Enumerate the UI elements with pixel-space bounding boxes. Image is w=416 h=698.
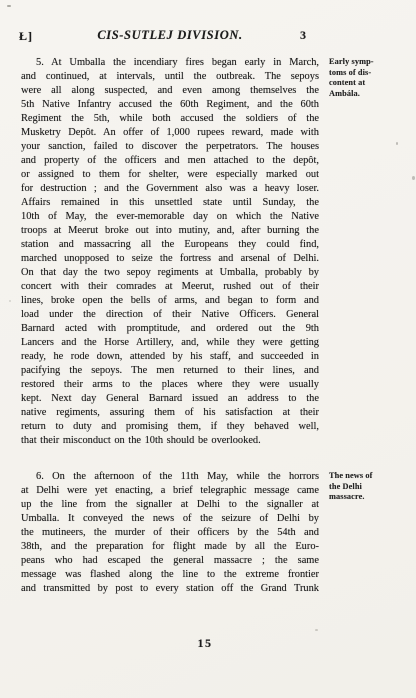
book-page: Ł] CIS-SUTLEJ DIVISION. 3 5. At Umballa … [0,0,416,698]
text-line: 5. At Umballa the incendiary fires began… [21,56,319,70]
margin-note-line: Ambála. [329,89,413,100]
text-line: native regiments, assuring them of his s… [21,406,319,420]
text-line: restored their arms to the places where … [21,378,319,392]
running-title: CIS-SUTLEJ DIVISION. [22,28,318,43]
text-line: peans who had escaped the general massac… [21,554,319,568]
text-line: Affairs remained in this unsettled state… [21,196,319,210]
margin-note-line: content at [329,78,413,89]
text-line: kept. Next day General Barnard issued an… [21,392,319,406]
text-line: or assigned to them for shelter, were es… [21,168,319,182]
text-line: 10th of May, the ever-memorable day on w… [21,210,319,224]
text-line: load under the direction of their Native… [21,308,319,322]
margin-note-line: Early symp- [329,57,413,68]
text-line: 6. On the afternoon of the 11th May, whi… [21,470,319,484]
scan-speck [7,5,11,7]
text-line: your sanction, failed to discover the pe… [21,140,319,154]
margin-note-line: the Delhi [329,482,413,493]
margin-note-line: massacre. [329,492,413,503]
page-header: Ł] CIS-SUTLEJ DIVISION. 3 [0,27,416,45]
margin-note-line: toms of dis- [329,68,413,79]
text-line: ready, he rode down, attended by his sta… [21,350,319,364]
text-line: Lancers and the Horse Artillery, and, wh… [21,336,319,350]
text-line: that their misconduct on the 10th should… [21,434,319,448]
body-text-column: 5. At Umballa the incendiary fires began… [21,56,319,618]
text-line: message was flashed along the line to th… [21,568,319,582]
text-line: 38th, and the preparation for flight mad… [21,540,319,554]
scan-speck [315,629,318,631]
margin-note-2: The news ofthe Delhimassacre. [329,471,413,503]
text-line: Barnard acted with promptitude, and orde… [21,322,319,336]
page-number: 3 [300,28,306,43]
paragraph-5: 5. At Umballa the incendiary fires began… [21,56,319,448]
text-line: lines, broke open the bells of arms, and… [21,294,319,308]
text-line: and transmitted by post to every station… [21,582,319,596]
text-line: pacifying the sepoys. The men returned t… [21,364,319,378]
text-line: return to duty and promising them, if th… [21,420,319,434]
text-line: Regiment the 5th, while both accused the… [21,112,319,126]
text-line: troops at Meerut broke out into mutiny, … [21,224,319,238]
text-line: Umballa. It conveyed the news of the sei… [21,512,319,526]
scan-speck [9,300,11,302]
text-line: marched unopposed to seize the fortress … [21,252,319,266]
text-line: up the line from the signaller at Delhi … [21,498,319,512]
sheet-number: 15 [0,636,410,651]
text-line: and property of the officers and men att… [21,154,319,168]
text-line: On that day the two sepoy regiments at U… [21,266,319,280]
text-line: at Delhi were yet enacting, a brief tele… [21,484,319,498]
text-line: the mutineers, the murder of their offic… [21,526,319,540]
paragraph-6: 6. On the afternoon of the 11th May, whi… [21,470,319,596]
text-line: 5th Native Infantry accused the 60th Reg… [21,98,319,112]
text-line: and continued, at intervals, until the o… [21,70,319,84]
text-line: station and massacring all the Europeans… [21,238,319,252]
margin-note-line: The news of [329,471,413,482]
text-line: for destruction ; and the Government als… [21,182,319,196]
text-line: concert with their comrades at Meerut, r… [21,280,319,294]
text-line: Musketry Depôt. An offer of 1,000 rupees… [21,126,319,140]
margin-note-1: Early symp-toms of dis-content atAmbála. [329,57,413,99]
scan-speck [412,176,415,180]
text-line: were all along suspected, and even among… [21,84,319,98]
scan-speck [396,142,398,145]
